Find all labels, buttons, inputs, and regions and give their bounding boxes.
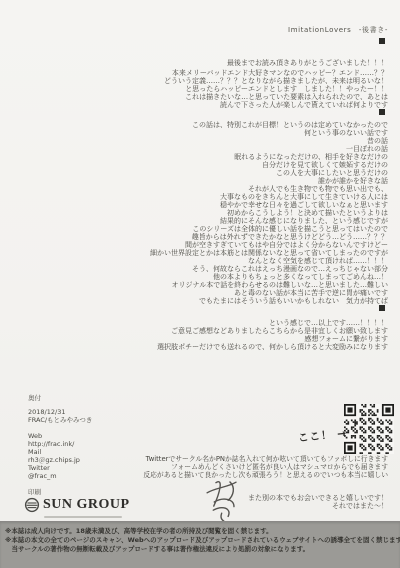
paragraph-goal: この話は、特別これが目標！というのは定めていなかったので 何という事のないい話で… bbox=[60, 121, 388, 137]
text-line: 何という事のないい話です bbox=[60, 129, 388, 137]
text-line: 自分だけを見て欲しくて嫉妬するだけの bbox=[60, 161, 388, 169]
text-line: 昔の話 bbox=[60, 137, 388, 145]
sun-icon bbox=[24, 497, 40, 513]
text-line: 一目ぼれの話 bbox=[60, 145, 388, 153]
twitter-handle: @frac_m bbox=[28, 472, 92, 480]
text-line: 最後までお読み頂きありがとうございました！！！ bbox=[227, 59, 388, 67]
text-line: 大事なものをきちんと大事にして生きていける人には bbox=[60, 193, 388, 201]
page-title: ImitationLovers -後書き- bbox=[60, 26, 388, 34]
colophon-date: 2018/12/31 bbox=[28, 408, 92, 416]
text-line: 穏やかで幸せな日々を過ごして欲しいなぁと思います bbox=[60, 201, 388, 209]
text-line: 誰かが誰かを好きな話 bbox=[60, 177, 388, 185]
text-line: この人を大事にしたいと思うだけの bbox=[60, 169, 388, 177]
here-note-handwriting: ここ！ → bbox=[297, 425, 347, 445]
colophon-circle: FRAC/もとみやみつき bbox=[28, 416, 92, 424]
disclaimer-line: 当サークルの著作物の無断転載及びアップロードする事は著作権法違反により処罰の対象… bbox=[5, 545, 396, 554]
twitter-label: Twitter bbox=[28, 464, 92, 472]
text-line: これは描きたいな…と思っていた要素は入れられたので、あとは bbox=[60, 93, 388, 101]
mail-label: Mail bbox=[28, 448, 92, 456]
afterword-page: ImitationLovers -後書き- 最後までお読み頂きありがとうございま… bbox=[0, 0, 400, 568]
text-line: また別の本でもお会いできると嬉しいです！ bbox=[248, 494, 388, 502]
text-line: それが人でも生き物でも物でも思い出でも、 bbox=[60, 185, 388, 193]
text-line: Twitterでサークル名かPNか誌名入れて何か呟いて頂いてもファボしに行きます bbox=[143, 455, 388, 463]
disclaimer-bar: ※本誌は成人向けです。18歳未満及び、高等学校在学の者の所持及び閲覧を固く禁じま… bbox=[0, 521, 400, 568]
text-line: 間が空きすぎていてもはや自分ではよく分からないんですけどー bbox=[60, 241, 388, 249]
colophon: 奥付 2018/12/31 FRAC/もとみやみつき Web http://fr… bbox=[28, 394, 92, 480]
colophon-title: 奥付 bbox=[28, 394, 92, 402]
section-divider-square bbox=[379, 305, 385, 311]
disclaimer-line: ※本誌の本文の全てのページのスキャン、Webへのアップロード及びアップロードされ… bbox=[5, 536, 396, 545]
section-divider-square bbox=[379, 109, 385, 115]
text-line: 結果的にそんな感じになりました、という感じですが bbox=[60, 217, 388, 225]
twitter-feedback-note: Twitterでサークル名かPNか誌名入れて何か呟いて頂いてもファボしに行きます… bbox=[143, 455, 388, 479]
text-line: この話は、特別これが目標！というのは定めていなかったので bbox=[60, 121, 388, 129]
text-line: ご意見ご感想などありましたらこちらから是非宜しくお願い致します bbox=[60, 327, 388, 335]
printer-name: SUN GROUP bbox=[43, 497, 130, 513]
text-line: どういう定義……？？？となりながら描きましたが、未来は明るいな！ bbox=[60, 77, 388, 85]
text-line: 趣旨からは外れずできたかなと思うけどどう…どう……？？？ bbox=[60, 233, 388, 241]
text-line: オリジナル本で話を終わらせるのは難しいな…と思いました…難しい bbox=[60, 281, 388, 289]
web-label: Web bbox=[28, 432, 92, 440]
mail-address: rh3＠gz.chips.jp bbox=[28, 456, 92, 464]
paragraph-outro: という感じで…以上です……！！！！ ご意見ご感想などありましたらこちらから是非宜… bbox=[60, 319, 388, 351]
printer-logo: SUN GROUP bbox=[24, 497, 130, 513]
text-line: フォームめんどくさいけど匿名が良い人はマシュマロからでも届きます bbox=[143, 463, 388, 471]
text-line: それではまた～！ bbox=[248, 502, 388, 510]
paragraph-gap: 間が空きすぎていてもはや自分ではよく分からないんですけどー 細かい世界設定とかは… bbox=[60, 241, 388, 305]
paragraph-happy-end: 本来メリーバッドエンド大好きマンなのでハッピー？エンド……？？ どういう定義……… bbox=[60, 69, 388, 93]
print-label: 印刷 bbox=[28, 487, 41, 496]
printer-url-smudge bbox=[44, 516, 122, 518]
paragraph-wish: それが人でも生き物でも物でも思い出でも、 大事なものをきちんと大事にして生きてい… bbox=[60, 185, 388, 209]
text-line: と思ったらハッピーエンドとします しました！！やったー！！ bbox=[60, 85, 388, 93]
web-url: http://frac.ink/ bbox=[28, 440, 92, 448]
text-line: 選択肢ポチーだけでも送れるので、何かしら頂けると大変励みになります bbox=[60, 343, 388, 351]
paragraph-result: 初めからこうしよう！と決めて描いたというよりは 結果的にそんな感じになりました、… bbox=[60, 209, 388, 241]
text-line: なんとなく空気を感じて頂ければ……！！！ bbox=[60, 257, 388, 265]
text-line: そう、何故ならこれはえっち漫画なので…えっちじゃない部分 bbox=[60, 265, 388, 273]
text-line: 初めからこうしよう！と決めて描いたというよりは bbox=[60, 209, 388, 217]
paragraph-story-list: 昔の話 一目ぼれの話 眠れるようになっただけの、相手を好きなだけの 自分だけを見… bbox=[60, 137, 388, 185]
text-line: 読んで下さった人が楽しんで貰えていれば何よりです bbox=[60, 101, 388, 109]
text-line: 反応があると描いて良かったし次も頑張ろう！と思えるのでいつも本当に嬉しい bbox=[143, 471, 388, 479]
text-line: という感じで…以上です……！！！！ bbox=[60, 319, 388, 327]
disclaimer-line: ※本誌は成人向けです。18歳未満及び、高等学校在学の者の所持及び閲覧を固く禁じま… bbox=[5, 527, 396, 536]
text-line: でもたまにはそういう話もいいかもしれない 気力が持てば bbox=[60, 297, 388, 305]
text-line: あと毒のない話が本当に苦手で逆に胃が痛いです bbox=[60, 289, 388, 297]
text-line: このシリーズは全体的に優しい話を描こうと思ってはいたので bbox=[60, 225, 388, 233]
afterword-text-column: ImitationLovers -後書き- 最後までお読み頂きありがとうございま… bbox=[60, 26, 388, 351]
qr-code bbox=[344, 404, 394, 454]
paragraph-thanks: 最後までお読み頂きありがとうございました！！！ bbox=[60, 50, 388, 69]
text-line: 眠れるようになっただけの、相手を好きなだけの bbox=[60, 153, 388, 161]
text-line: 本来メリーバッドエンド大好きマンなのでハッピー？エンド……？？ bbox=[60, 69, 388, 77]
paragraph-elements: これは描きたいな…と思っていた要素は入れられたので、あとは 読んで下さった人が楽… bbox=[60, 93, 388, 109]
closing-message: また別の本でもお会いできると嬉しいです！ それではまた～！ bbox=[248, 494, 388, 510]
text-line: 細かい世界設定とかは本筋とは関係ないなと思って省いてしまったのですが bbox=[60, 249, 388, 257]
section-divider-square bbox=[379, 38, 385, 44]
text-line: 他の本よりもちょっと多くなってしまってごめんね…！ bbox=[60, 273, 388, 281]
text-line: 感想フォームに繋がります bbox=[60, 335, 388, 343]
